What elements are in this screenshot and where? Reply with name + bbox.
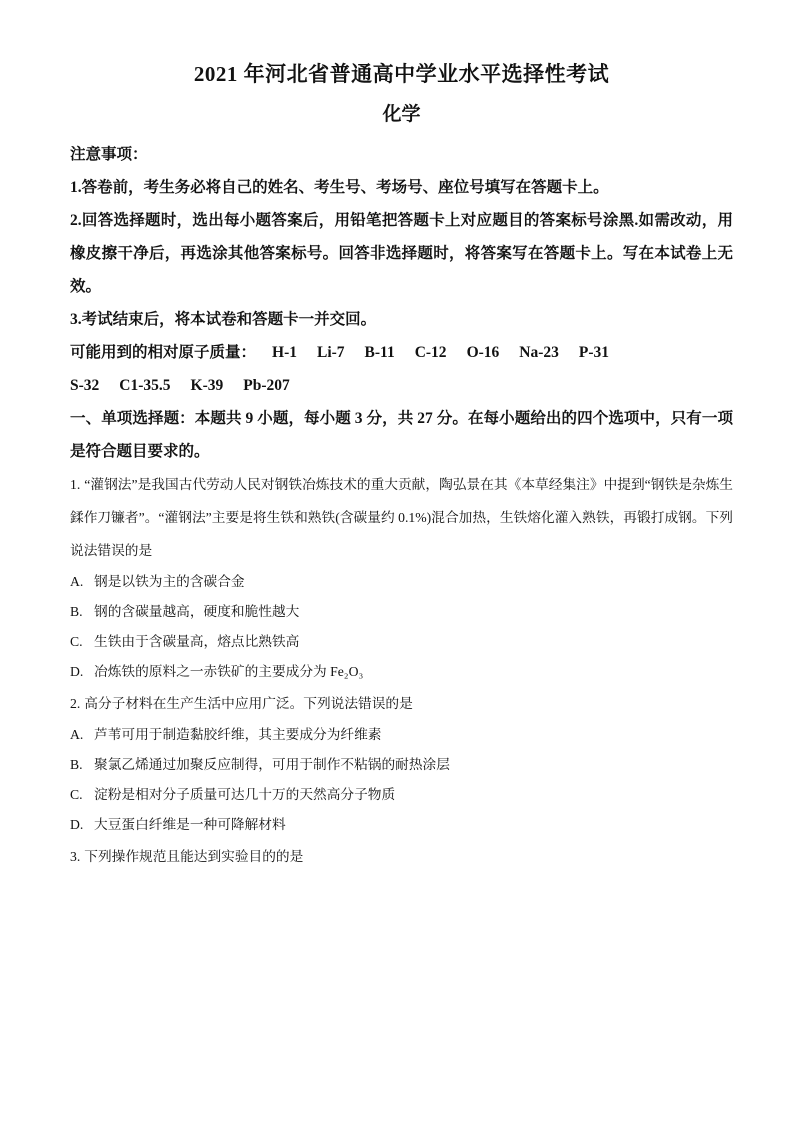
question-text: “灌钢法”是我国古代劳动人民对钢铁冶炼技术的重大贡献，陶弘景在其《本草经集注》中… bbox=[70, 477, 733, 558]
question-number: 1. bbox=[70, 477, 80, 492]
atomic-mass: Li-7 bbox=[317, 336, 345, 369]
atomic-mass: Na-23 bbox=[519, 336, 559, 369]
option-label: D. bbox=[70, 657, 94, 687]
options-list: A.芦苇可用于制造黏胶纤维，其主要成分为纤维素 B.聚氯乙烯通过加聚反应制得，可… bbox=[70, 720, 733, 840]
option-text: 聚氯乙烯通过加聚反应制得，可用于制作不粘锅的耐热涂层 bbox=[94, 757, 450, 772]
question-block-2: 2.高分子材料在生产生活中应用广泛。下列说法错误的是 A.芦苇可用于制造黏胶纤维… bbox=[70, 687, 733, 840]
option-text: 生铁由于含碳量高，熔点比熟铁高 bbox=[94, 634, 299, 649]
answer-option: D.冶炼铁的原料之一赤铁矿的主要成分为 Fe₂O₃ bbox=[70, 657, 733, 687]
answer-option: B.钢的含碳量越高，硬度和脆性越大 bbox=[70, 597, 733, 627]
answer-option: B.聚氯乙烯通过加聚反应制得，可用于制作不粘锅的耐热涂层 bbox=[70, 750, 733, 780]
atomic-mass: C1-35.5 bbox=[119, 369, 170, 402]
atomic-mass: O-16 bbox=[467, 336, 500, 369]
question-text: 下列操作规范且能达到实验目的的是 bbox=[84, 849, 303, 864]
question-block-1: 1.“灌钢法”是我国古代劳动人民对钢铁冶炼技术的重大贡献，陶弘景在其《本草经集注… bbox=[70, 468, 733, 687]
notice-item-3: 3.考试结束后，将本试卷和答题卡一并交回。 bbox=[70, 303, 733, 336]
option-text: 冶炼铁的原料之一赤铁矿的主要成分为 Fe₂O₃ bbox=[94, 664, 363, 679]
atomic-mass: S-32 bbox=[70, 369, 99, 402]
option-text: 芦苇可用于制造黏胶纤维，其主要成分为纤维素 bbox=[94, 727, 381, 742]
answer-option: D.大豆蛋白纤维是一种可降解材料 bbox=[70, 810, 733, 840]
answer-option: A.芦苇可用于制造黏胶纤维，其主要成分为纤维素 bbox=[70, 720, 733, 750]
answer-option: A.钢是以铁为主的含碳合金 bbox=[70, 567, 733, 597]
answer-option: C.淀粉是相对分子质量可达几十万的天然高分子物质 bbox=[70, 780, 733, 810]
atomic-mass-list: S-32 C1-35.5 K-39 Pb-207 bbox=[70, 369, 290, 402]
atomic-masses-line-2: S-32 C1-35.5 K-39 Pb-207 bbox=[70, 369, 733, 402]
option-label: A. bbox=[70, 720, 94, 750]
atomic-mass: H-1 bbox=[272, 336, 297, 369]
option-text: 淀粉是相对分子质量可达几十万的天然高分子物质 bbox=[94, 787, 395, 802]
question-stem: 3.下列操作规范且能达到实验目的的是 bbox=[70, 840, 733, 873]
question-block-3: 3.下列操作规范且能达到实验目的的是 bbox=[70, 840, 733, 873]
atomic-masses-line-1: 可能用到的相对原子质量： H-1 Li-7 B-11 C-12 O-16 Na-… bbox=[70, 336, 733, 369]
question-text: 高分子材料在生产生活中应用广泛。下列说法错误的是 bbox=[84, 696, 413, 711]
option-label: B. bbox=[70, 597, 94, 627]
option-text: 钢是以铁为主的含碳合金 bbox=[94, 574, 245, 589]
atomic-mass: K-39 bbox=[191, 369, 224, 402]
question-stem: 1.“灌钢法”是我国古代劳动人民对钢铁冶炼技术的重大贡献，陶弘景在其《本草经集注… bbox=[70, 468, 733, 567]
exam-subject: 化学 bbox=[70, 102, 733, 128]
answer-option: C.生铁由于含碳量高，熔点比熟铁高 bbox=[70, 627, 733, 657]
question-number: 2. bbox=[70, 696, 80, 711]
option-label: C. bbox=[70, 627, 94, 657]
exam-page: 2021 年河北省普通高中学业水平选择性考试 化学 注意事项： 1.答卷前，考生… bbox=[0, 0, 793, 1122]
notice-heading: 注意事项： bbox=[70, 138, 733, 171]
notice-item-2: 2.回答选择题时，选出每小题答案后，用铅笔把答题卡上对应题目的答案标号涂黑.如需… bbox=[70, 204, 733, 303]
question-stem: 2.高分子材料在生产生活中应用广泛。下列说法错误的是 bbox=[70, 687, 733, 720]
atomic-mass: C-12 bbox=[415, 336, 447, 369]
option-label: A. bbox=[70, 567, 94, 597]
options-list: A.钢是以铁为主的含碳合金 B.钢的含碳量越高，硬度和脆性越大 C.生铁由于含碳… bbox=[70, 567, 733, 687]
question-number: 3. bbox=[70, 849, 80, 864]
notice-item-1: 1.答卷前，考生务必将自己的姓名、考生号、考场号、座位号填写在答题卡上。 bbox=[70, 171, 733, 204]
option-text: 钢的含碳量越高，硬度和脆性越大 bbox=[94, 604, 299, 619]
atomic-masses-label: 可能用到的相对原子质量： bbox=[70, 336, 256, 369]
atomic-mass: P-31 bbox=[579, 336, 609, 369]
atomic-mass-list: H-1 Li-7 B-11 C-12 O-16 Na-23 P-31 bbox=[272, 336, 609, 369]
section-heading: 一、单项选择题：本题共 9 小题，每小题 3 分，共 27 分。在每小题给出的四… bbox=[70, 402, 733, 468]
option-text: 大豆蛋白纤维是一种可降解材料 bbox=[94, 817, 286, 832]
option-label: D. bbox=[70, 810, 94, 840]
exam-title: 2021 年河北省普通高中学业水平选择性考试 bbox=[70, 60, 733, 88]
atomic-mass: B-11 bbox=[365, 336, 395, 369]
option-label: C. bbox=[70, 780, 94, 810]
atomic-mass: Pb-207 bbox=[243, 369, 290, 402]
option-label: B. bbox=[70, 750, 94, 780]
